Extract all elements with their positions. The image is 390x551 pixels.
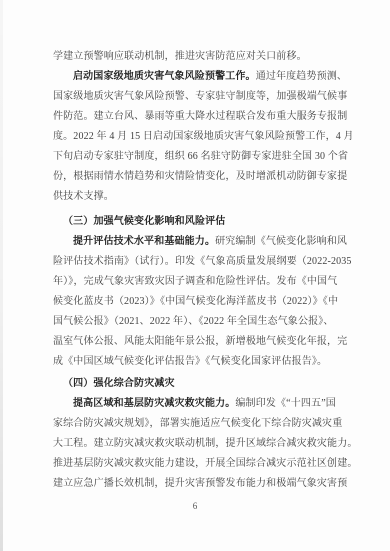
text-line: 份，根据雨情水情趋势和灾情险情变化，及时增派机动防御专家提 (53, 167, 349, 187)
text-segment: 编制印发《“十四五”国 (235, 398, 336, 409)
bold-text-segment: 启动国家级地质灾害气象风险预警工作。 (73, 71, 256, 82)
text-line: 供技术支撑。 (53, 187, 349, 207)
section-heading: （三）加强气候变化影响和风险评估 (53, 212, 349, 232)
text-line: 温室气体公报、风能太阳能年景公报，新增极地气候变化年报，完 (53, 332, 349, 352)
bold-text-segment: 提升评估技术水平和基础能力。 (73, 236, 215, 247)
text-line: 国气候公报》（2021、2022 年）、《2022 年全国生态气象公报》、 (53, 312, 349, 332)
text-segment: 下旬启动专家驻守制度，组织 66 名驻守防御专家进驻全国 30 个省 (53, 151, 348, 162)
text-line: 度。2022 年 4 月 15 日启动国家级地质灾害气象风险预警工作，4 月 (53, 127, 349, 147)
text-segment: 通过年度趋势预测、 (256, 71, 347, 82)
text-segment: 候变化蓝皮书（2023）》《中国气候变化海洋蓝皮书（2022）》《中 (53, 296, 338, 307)
bold-text-segment: （四）强化综合防灾减灾 (63, 378, 175, 389)
text-segment: 温室气体公报、风能太阳能年景公报，新增极地气候变化年报，完 (53, 336, 347, 347)
text-line: 件防范。建立台风、暴雨等重大降水过程联合发布重大服务专报制 (53, 107, 349, 127)
text-line: 推进基层防灾减灾救灾能力建设，开展全国综合减灾示范社区创建。 (53, 454, 349, 474)
text-segment: 研究编制《气候变化影响和风 (215, 236, 347, 247)
text-segment: 国家级地质灾害气象风险预警、专家驻守制度等，加强极端气候事 (53, 91, 347, 102)
text-line: 候变化蓝皮书（2023）》《中国气候变化海洋蓝皮书（2022）》《中 (53, 292, 349, 312)
text-segment: 大工程。建立防灾减灾救灾联动机制，提升区域综合减灾救灾能力。 (53, 438, 358, 449)
text-line: 启动国家级地质灾害气象风险预警工作。通过年度趋势预测、 (53, 67, 349, 87)
text-line: 建立应急广播长效机制，提升灾害预警发布能力和极端气象灾害预 (53, 474, 349, 494)
text-segment: 件防范。建立台风、暴雨等重大降水过程联合发布重大服务专报制 (53, 111, 347, 122)
text-line: 下旬启动专家驻守制度，组织 66 名驻守防御专家进驻全国 30 个省 (53, 147, 349, 167)
text-segment: 成《中国区域气候变化评估报告》《气候变化国家评估报告》。 (53, 356, 327, 367)
text-segment: 学建立预警响应联动机制，推进灾害防范应对关口前移。 (53, 51, 307, 62)
text-line: 年）》，完成气象灾害致灾因子调查和危险性评估。发布《中国气 (53, 272, 349, 292)
text-line: 提升评估技术水平和基础能力。研究编制《气候变化影响和风 (53, 232, 349, 252)
text-segment: 度。2022 年 4 月 15 日启动国家级地质灾害气象风险预警工作，4 月 (53, 131, 354, 142)
text-segment: 险评估技术指南》（试行）。印发《气象高质量发展纲要（2022-2035 (53, 256, 352, 267)
text-line: 大工程。建立防灾减灾救灾联动机制，提升区域综合减灾救灾能力。 (53, 434, 349, 454)
bold-text-segment: 提高区域和基层防灾减灾救灾能力。 (73, 398, 235, 409)
text-segment: 家综合防灾减灾规划》，部署实施适应气候变化下综合防灾减灾重 (53, 418, 342, 429)
text-line: 国家级地质灾害气象风险预警、专家驻守制度等，加强极端气候事 (53, 87, 349, 107)
text-segment: 份，根据雨情水情趋势和灾情险情变化，及时增派机动防御专家提 (53, 171, 347, 182)
text-segment: 供技术支撑。 (53, 191, 114, 202)
text-segment: 建立应急广播长效机制，提升灾害预警发布能力和极端气象灾害预 (53, 478, 347, 489)
bold-text-segment: （三）加强气候变化影响和风险评估 (63, 216, 225, 227)
text-line: 成《中国区域气候变化评估报告》《气候变化国家评估报告》。 (53, 352, 349, 372)
text-line: 险评估技术指南》（试行）。印发《气象高质量发展纲要（2022-2035 (53, 252, 349, 272)
text-line: 学建立预警响应联动机制，推进灾害防范应对关口前移。 (53, 47, 349, 67)
section-heading: （四）强化综合防灾减灾 (53, 374, 349, 394)
text-segment: 推进基层防灾减灾救灾能力建设，开展全国综合减灾示范社区创建。 (53, 458, 358, 469)
document-text-block: 学建立预警响应联动机制，推进灾害防范应对关口前移。启动国家级地质灾害气象风险预警… (53, 47, 349, 494)
text-segment: 年）》，完成气象灾害致灾因子调查和危险性评估。发布《中国气 (53, 276, 337, 287)
text-line: 提高区域和基层防灾减灾救灾能力。编制印发《“十四五”国 (53, 394, 349, 414)
document-page: 学建立预警响应联动机制，推进灾害防范应对关口前移。启动国家级地质灾害气象风险预警… (0, 0, 390, 551)
scan-edge-artifact (0, 0, 3, 551)
text-segment: 国气候公报》（2021、2022 年）、《2022 年全国生态气象公报》、 (53, 316, 334, 327)
text-line: 家综合防灾减灾规划》，部署实施适应气候变化下综合防灾减灾重 (53, 414, 349, 434)
page-number: 6 (0, 500, 390, 512)
